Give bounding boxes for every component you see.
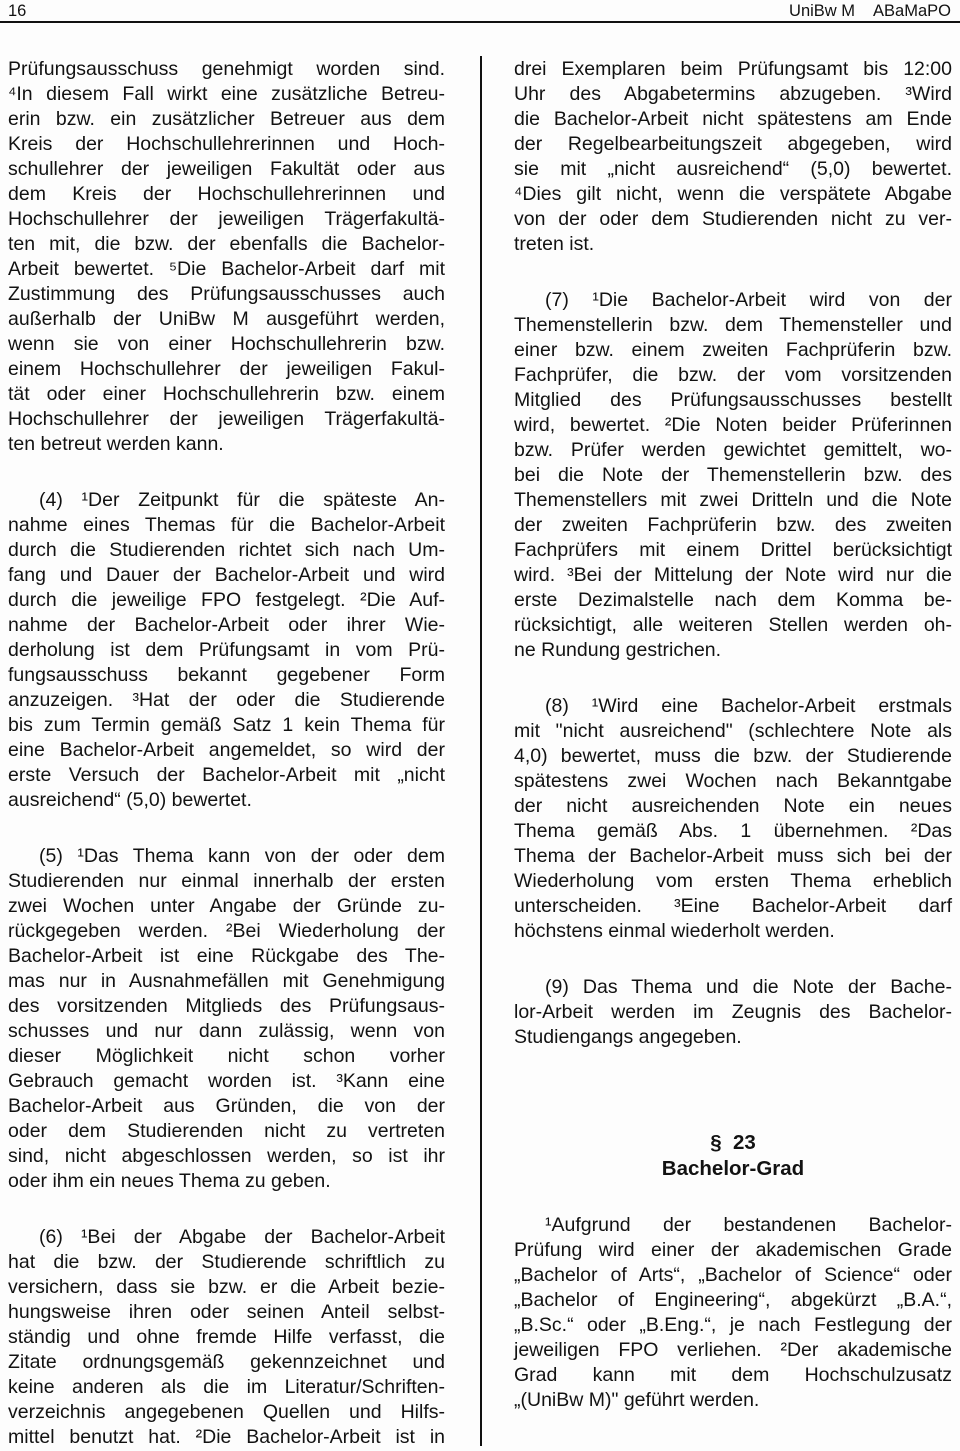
section-heading: § 23Bachelor-Grad (514, 1130, 952, 1182)
text-line: schusses und nur dann zulässig, wenn von (8, 1019, 445, 1044)
text-line: treten ist. (514, 232, 952, 257)
text-line: „Bachelor of Arts“, „Bachelor of Science… (514, 1263, 952, 1288)
text-line: drei Exemplaren beim Prüfungsamt bis 12:… (514, 57, 952, 82)
page-number: 16 (8, 2, 26, 21)
text-line: „Bachelor of Engineering“, abgekürzt „B.… (514, 1288, 952, 1313)
text-line: § 23 (514, 1130, 952, 1156)
text-line: ten mit, die bzw. der ebenfalls die Bach… (8, 232, 445, 257)
text-line: Thema der Bachelor-Arbeit muss sich bei … (514, 844, 952, 869)
text-line: unterscheiden. ³Eine Bachelor-Arbeit dar… (514, 894, 952, 919)
paragraph: (7) ¹Die Bachelor-Arbeit wird von derThe… (514, 288, 952, 663)
text-line: mas nur in Ausnahmefällen mit Genehmigun… (8, 969, 445, 994)
paragraph: (4) ¹Der Zeitpunkt für die späteste An-n… (8, 488, 445, 813)
running-title-right: ABaMaPO (873, 2, 951, 21)
text-line: Arbeit bewertet. ⁵Die Bachelor-Arbeit da… (8, 257, 445, 282)
text-line: Bachelor-Arbeit ist eine Rückgabe des Th… (8, 944, 445, 969)
right-column: drei Exemplaren beim Prüfungsamt bis 12:… (514, 57, 952, 1413)
paragraph: (9) Das Thema und die Note der Bache-lor… (514, 975, 952, 1050)
paragraph: (6) ¹Bei der Abgabe der Bachelor-Arbeith… (8, 1225, 445, 1450)
text-line: sie mit „nicht ausreichend“ (5,0) bewert… (514, 157, 952, 182)
text-line: durch die jeweilige FPO festgelegt. ²Die… (8, 588, 445, 613)
text-line: (4) ¹Der Zeitpunkt für die späteste An- (8, 488, 445, 513)
text-line: nahme eines Themas für die Bachelor-Arbe… (8, 513, 445, 538)
text-line: die Bachelor-Arbeit nicht spätestens am … (514, 107, 952, 132)
text-line: ausreichend“ (5,0) bewertet. (8, 788, 445, 813)
page-header: 16 UniBw M ABaMaPO (8, 2, 951, 21)
text-line: von der oder dem Studierenden nicht zu v… (514, 207, 952, 232)
text-line: des vorsitzenden Mitglieds des Prüfungsa… (8, 994, 445, 1019)
text-line: wird. ³Bei der Mittelung der Note wird n… (514, 563, 952, 588)
text-line: verzeichnis angegebenen Quellen und Hilf… (8, 1400, 445, 1425)
text-line: nahme der Bachelor-Arbeit oder ihrer Wie… (8, 613, 445, 638)
text-line: einem Hochschullehrer der jeweiligen Fak… (8, 357, 445, 382)
text-line: Fachprüfer, die bzw. der vom vorsitzende… (514, 363, 952, 388)
paragraph: Prüfungsausschuss genehmigt worden sind.… (8, 57, 445, 457)
text-line: Themenstellerin bzw. dem Themensteller u… (514, 313, 952, 338)
text-line: jeweiligen FPO verliehen. ²Der akademisc… (514, 1338, 952, 1363)
text-line: (7) ¹Die Bachelor-Arbeit wird von der (514, 288, 952, 313)
text-line: (6) ¹Bei der Abgabe der Bachelor-Arbeit (8, 1225, 445, 1250)
text-line: dem Kreis der Hochschullehrerinnen und (8, 182, 445, 207)
document-page: 16 UniBw M ABaMaPO Prüfungsausschuss gen… (0, 0, 960, 1451)
text-line: oder ihm ein neues Thema zu geben. (8, 1169, 445, 1194)
column-divider (480, 56, 482, 1446)
text-line: zwei Wochen unter Angabe der Gründe zu- (8, 894, 445, 919)
text-line: schullehrer der jeweiligen Fakultät oder… (8, 157, 445, 182)
text-line: fang und Dauer der Bachelor-Arbeit und w… (8, 563, 445, 588)
text-line: versichern, dass sie bzw. er die Arbeit … (8, 1275, 445, 1300)
text-line: wenn sie von einer Hochschullehrerin bzw… (8, 332, 445, 357)
left-column: Prüfungsausschuss genehmigt worden sind.… (8, 57, 445, 1450)
text-line: Fachprüfers mit einem Drittel berücksich… (514, 538, 952, 563)
text-line: Studiengangs angegeben. (514, 1025, 952, 1050)
text-line: „B.Sc.“ oder „B.Eng.“, je nach Festlegun… (514, 1313, 952, 1338)
text-line: hungsweise ihren oder seinen Anteil selb… (8, 1300, 445, 1325)
text-line: bei die Note der Themenstellerin bzw. de… (514, 463, 952, 488)
paragraph: ¹Aufgrund der bestandenen Bachelor-Prüfu… (514, 1213, 952, 1413)
text-line: ⁴In diesem Fall wirkt eine zusätzliche B… (8, 82, 445, 107)
text-line: ten betreut werden kann. (8, 432, 445, 457)
text-line: ¹Aufgrund der bestandenen Bachelor- (514, 1213, 952, 1238)
text-line: Bachelor-Grad (514, 1156, 952, 1182)
text-line: Prüfungsausschuss genehmigt worden sind. (8, 57, 445, 82)
text-line: Zustimmung des Prüfungsausschusses auch (8, 282, 445, 307)
text-line: (8) ¹Wird eine Bachelor-Arbeit erstmals (514, 694, 952, 719)
text-line: erste Versuch der Bachelor-Arbeit mit „n… (8, 763, 445, 788)
paragraph: (5) ¹Das Thema kann von der oder demStud… (8, 844, 445, 1194)
text-line: rückgegeben werden. ²Bei Wiederholung de… (8, 919, 445, 944)
text-line: rücksichtigt, alle weiteren Stellen werd… (514, 613, 952, 638)
running-title-left: UniBw M (789, 2, 855, 21)
text-line: bis zum Termin gemäß Satz 1 kein Thema f… (8, 713, 445, 738)
text-line: Bachelor-Arbeit aus Gründen, die von der (8, 1094, 445, 1119)
text-line: der nicht ausreichenden Note ein neues (514, 794, 952, 819)
text-line: keine anderen als die im Literatur/Schri… (8, 1375, 445, 1400)
text-line: außerhalb der UniBw M ausgeführt werden, (8, 307, 445, 332)
text-line: (5) ¹Das Thema kann von der oder dem (8, 844, 445, 869)
text-line: eine Bachelor-Arbeit angemeldet, so wird… (8, 738, 445, 763)
text-line: Mitglied des Prüfungsausschusses bestell… (514, 388, 952, 413)
text-line: Grad kann mit dem Hochschulzusatz (514, 1363, 952, 1388)
text-line: ne Rundung gestrichen. (514, 638, 952, 663)
text-line: sind, nicht abgeschlossen werden, so ist… (8, 1144, 445, 1169)
text-line: lor-Arbeit werden im Zeugnis des Bachelo… (514, 1000, 952, 1025)
text-line: höchstens einmal wiederholt werden. (514, 919, 952, 944)
text-line: Studierenden nur einmal innerhalb der er… (8, 869, 445, 894)
text-line: erste Dezimalstelle nach dem Komma be- (514, 588, 952, 613)
text-line: ⁴Dies gilt nicht, wenn die verspätete Ab… (514, 182, 952, 207)
running-title: UniBw M ABaMaPO (789, 2, 951, 21)
text-line: anzuzeigen. ³Hat der oder die Studierend… (8, 688, 445, 713)
text-line: Gebrauch gemacht worden ist. ³Kann eine (8, 1069, 445, 1094)
text-line: erin bzw. ein zusätzlicher Betreuer aus … (8, 107, 445, 132)
text-line: oder dem Studierenden nicht zu vertreten (8, 1119, 445, 1144)
text-line: einer bzw. einem zweiten Fachprüferin bz… (514, 338, 952, 363)
text-line: tät oder einer Hochschullehrerin bzw. ei… (8, 382, 445, 407)
text-line: Wiederholung vom ersten Thema erheblich (514, 869, 952, 894)
text-line: Kreis der Hochschullehrerinnen und Hoch- (8, 132, 445, 157)
paragraph: drei Exemplaren beim Prüfungsamt bis 12:… (514, 57, 952, 257)
paragraph: (8) ¹Wird eine Bachelor-Arbeit erstmalsm… (514, 694, 952, 944)
text-line: dieser Möglichkeit nicht schon vorher (8, 1044, 445, 1069)
text-line: Themenstellers mit zwei Dritteln und die… (514, 488, 952, 513)
text-line: der Regelbearbeitungszeit abgegeben, wir… (514, 132, 952, 157)
text-line: wird, bewertet. ²Die Noten beider Prüfer… (514, 413, 952, 438)
text-line: hat die bzw. der Studierende schriftlich… (8, 1250, 445, 1275)
text-line: durch die Studierenden richtet sich nach… (8, 538, 445, 563)
header-rule (0, 21, 960, 23)
text-line: Hochschullehrer der jeweiligen Trägerfak… (8, 207, 445, 232)
text-line: der zweiten Fachprüferin bzw. des zweite… (514, 513, 952, 538)
text-line: spätestens zwei Wochen nach Bekanntgabe (514, 769, 952, 794)
text-line: Prüfung wird einer der akademischen Grad… (514, 1238, 952, 1263)
text-line: mittel benutzt hat. ²Die Bachelor-Arbeit… (8, 1425, 445, 1450)
text-line: Thema gemäß Abs. 1 übernehmen. ²Das (514, 819, 952, 844)
text-line: Hochschullehrer der jeweiligen Trägerfak… (8, 407, 445, 432)
text-line: derholung ist dem Prüfungsamt in vom Prü… (8, 638, 445, 663)
text-line: ständig und ohne fremde Hilfe verfasst, … (8, 1325, 445, 1350)
text-line: 4,0) bewertet, muss die bzw. der Studier… (514, 744, 952, 769)
text-line: Zitate ordnungsgemäß gekennzeichnet und (8, 1350, 445, 1375)
text-line: Uhr des Abgabetermins abzugeben. ³Wird (514, 82, 952, 107)
text-line: „(UniBw M)" geführt werden. (514, 1388, 952, 1413)
text-line: bzw. Prüfer werden gewichtet gemittelt, … (514, 438, 952, 463)
text-line: fungsausschuss bekannt gegebener Form (8, 663, 445, 688)
text-line: mit "nicht ausreichend" (schlechtere Not… (514, 719, 952, 744)
text-line: (9) Das Thema und die Note der Bache- (514, 975, 952, 1000)
